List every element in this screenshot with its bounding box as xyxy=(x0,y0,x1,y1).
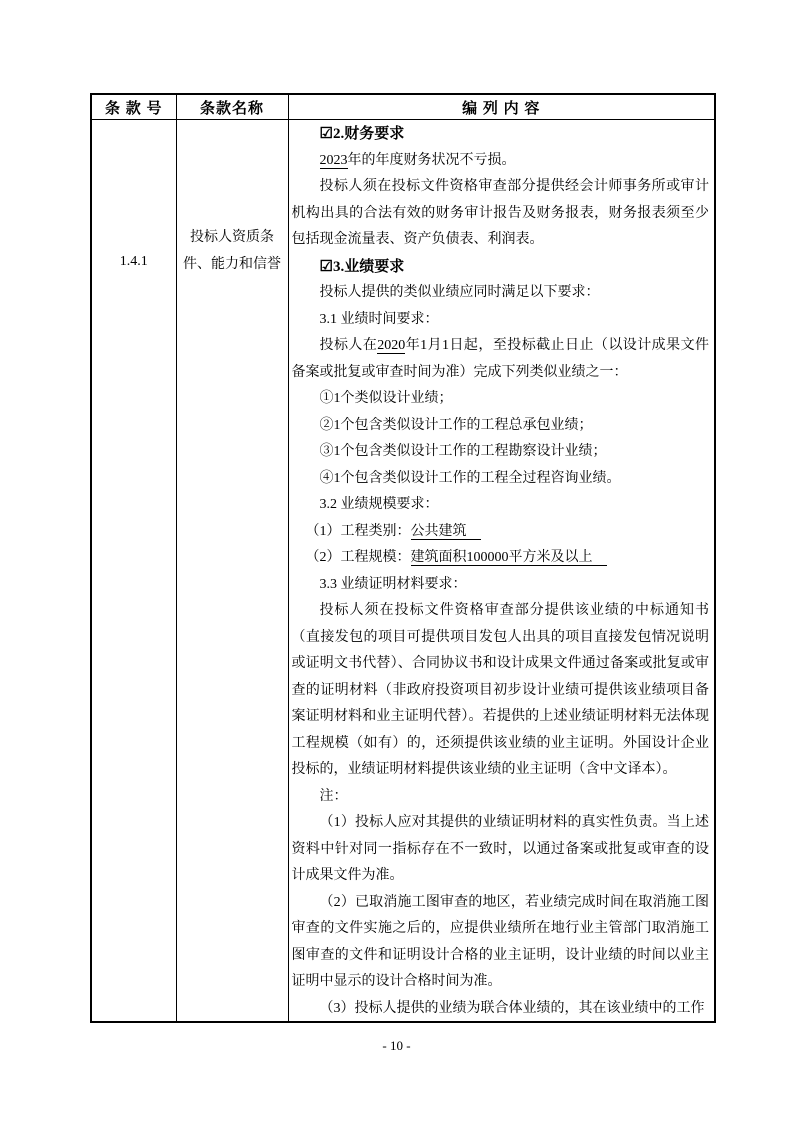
text-segment: ②1个包含类似设计工作的工程总承包业绩； xyxy=(320,418,593,433)
content-paragraph: ①1个类似设计业绩； xyxy=(292,386,710,413)
text-segment: ④1个包含类似设计工作的工程全过程咨询业绩。 xyxy=(320,471,621,486)
text-segment: 2.财务要求 xyxy=(333,126,404,142)
content-paragraph: 3.3 业绩证明材料要求： xyxy=(292,572,710,599)
text-segment: （1）工程类别： xyxy=(306,524,411,539)
clause-name-line: 件、能力和信誉 xyxy=(177,252,288,279)
clause-table: 条 款 号 条款名称 编 列 内 容 1.4.1 投标人资质条件、能力和信誉 ☑… xyxy=(90,93,716,1023)
header-clause-number: 条 款 号 xyxy=(91,94,176,120)
text-segment: 投标人须在投标文件资格审查部分提供经会计师事务所或审计机构出具的合法有效的财务审… xyxy=(292,179,710,247)
page-number: - 10 - xyxy=(0,1038,793,1054)
text-segment: 3.业绩要求 xyxy=(333,259,404,275)
content-paragraph: ④1个包含类似设计工作的工程全过程咨询业绩。 xyxy=(292,466,710,493)
text-segment: 3.3 业绩证明材料要求： xyxy=(320,577,467,592)
checkbox-checked-icon: ☑ xyxy=(320,126,333,142)
clause-content: ☑2.财务要求2023年的年度财务状况不亏损。投标人须在投标文件资格审查部分提供… xyxy=(289,120,715,1021)
clause-content-cell: ☑2.财务要求2023年的年度财务状况不亏损。投标人须在投标文件资格审查部分提供… xyxy=(288,120,715,1023)
underlined-value: 公共建筑 xyxy=(411,524,481,540)
text-segment: 注： xyxy=(320,789,348,804)
content-paragraph: （2）工程规模：建筑面积100000平方米及以上 xyxy=(292,545,710,572)
content-paragraph: 3.2 业绩规模要求： xyxy=(292,492,710,519)
clause-name-line: 投标人资质条 xyxy=(177,225,288,252)
underlined-value: 建筑面积100000平方米及以上 xyxy=(411,550,607,566)
content-paragraph: 3.1 业绩时间要求： xyxy=(292,307,710,334)
table-row: 1.4.1 投标人资质条件、能力和信誉 ☑2.财务要求2023年的年度财务状况不… xyxy=(91,120,715,1023)
content-heading: ☑3.业绩要求 xyxy=(292,254,710,281)
content-paragraph: 投标人须在投标文件资格审查部分提供经会计师事务所或审计机构出具的合法有效的财务审… xyxy=(292,174,710,254)
text-segment: ①1个类似设计业绩； xyxy=(320,391,453,406)
checkbox-checked-icon: ☑ xyxy=(320,259,333,275)
text-segment: 3.1 业绩时间要求： xyxy=(320,312,439,327)
text-segment: ③1个包含类似设计工作的工程勘察设计业绩； xyxy=(320,444,607,459)
clause-number: 1.4.1 xyxy=(91,120,176,1023)
content-paragraph: ③1个包含类似设计工作的工程勘察设计业绩； xyxy=(292,439,710,466)
document-page: 条 款 号 条款名称 编 列 内 容 1.4.1 投标人资质条件、能力和信誉 ☑… xyxy=(0,0,793,1122)
content-paragraph: 投标人须在投标文件资格审查部分提供该业绩的中标通知书（直接发包的项目可提供项目发… xyxy=(292,598,710,784)
text-segment: 投标人提供的类似业绩应同时满足以下要求： xyxy=(320,285,600,300)
text-segment: （1）投标人应对其提供的业绩证明材料的真实性负责。当上述资料中针对同一指标存在不… xyxy=(292,815,710,883)
content-paragraph: （3）投标人提供的业绩为联合体业绩的，其在该业绩中的工作 xyxy=(292,996,710,1022)
text-segment: （2）工程规模： xyxy=(306,550,411,565)
content-paragraph: （1）工程类别：公共建筑 xyxy=(292,519,710,546)
content-heading: ☑2.财务要求 xyxy=(292,121,710,148)
text-segment: 投标人须在投标文件资格审查部分提供该业绩的中标通知书（直接发包的项目可提供项目发… xyxy=(292,603,710,777)
header-clause-name: 条款名称 xyxy=(176,94,288,120)
content-paragraph: ②1个包含类似设计工作的工程总承包业绩； xyxy=(292,413,710,440)
underlined-value: 2023 xyxy=(320,153,348,169)
text-segment: （2）已取消施工图审查的地区，若业绩完成时间在取消施工图审查的文件实施之后的，应… xyxy=(292,895,710,990)
content-paragraph: 投标人在2020年1月1日起，至投标截止日止（以设计成果文件备案或批复或审查时间… xyxy=(292,333,710,386)
content-paragraph: 2023年的年度财务状况不亏损。 xyxy=(292,148,710,175)
text-segment: 投标人在 xyxy=(320,338,378,353)
content-paragraph: （2）已取消施工图审查的地区，若业绩完成时间在取消施工图审查的文件实施之后的，应… xyxy=(292,890,710,996)
text-segment: （3）投标人提供的业绩为联合体业绩的，其在该业绩中的工作 xyxy=(320,1001,705,1016)
table-header-row: 条 款 号 条款名称 编 列 内 容 xyxy=(91,94,715,120)
content-paragraph: 投标人提供的类似业绩应同时满足以下要求： xyxy=(292,280,710,307)
clause-name: 投标人资质条件、能力和信誉 xyxy=(176,120,288,1023)
underlined-value: 2020 xyxy=(377,338,405,354)
text-segment: 年的年度财务状况不亏损。 xyxy=(348,153,516,168)
header-clause-content: 编 列 内 容 xyxy=(288,94,715,120)
content-paragraph: （1）投标人应对其提供的业绩证明材料的真实性负责。当上述资料中针对同一指标存在不… xyxy=(292,810,710,890)
content-paragraph: 注： xyxy=(292,784,710,811)
text-segment: 3.2 业绩规模要求： xyxy=(320,497,439,512)
